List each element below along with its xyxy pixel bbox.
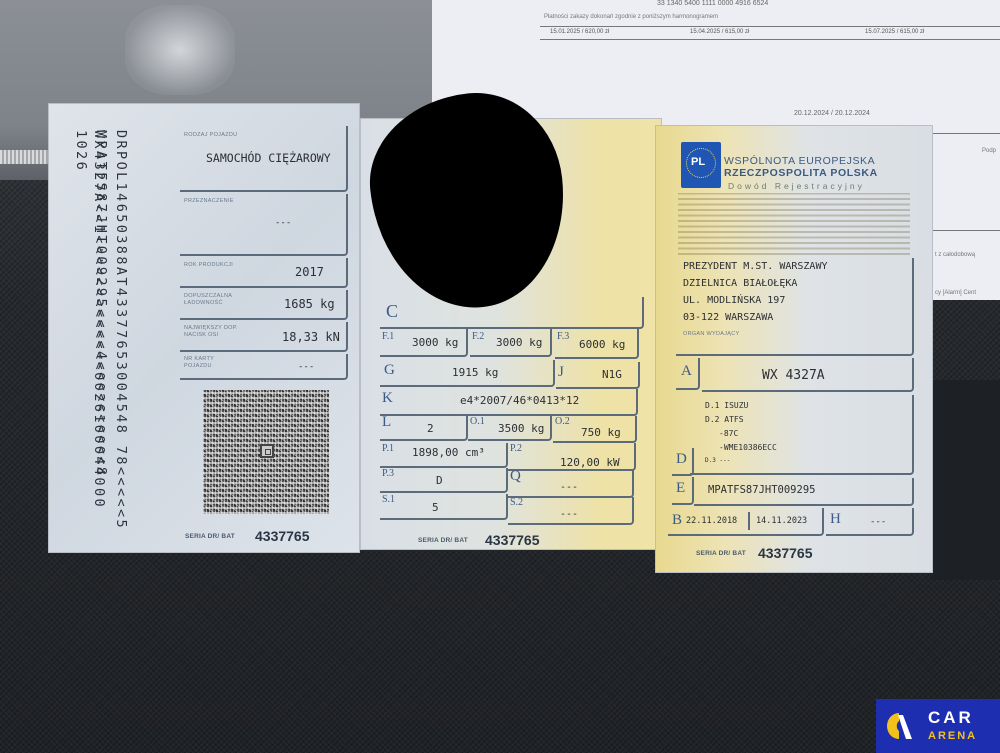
field-payload: Dopuszczalna ładowność 1685 kg — [180, 290, 348, 320]
field-d-letter: D — [672, 448, 694, 476]
qr-code — [203, 390, 329, 514]
seria-number-3: 4337765 — [758, 545, 813, 561]
mrz-line-1: DRPOL14650388AT43377653004548 78<<<<<5 — [112, 130, 130, 530]
field-b: B 22.11.2018 14.11.2023 — [668, 508, 824, 536]
field-d: D.1 ISUZU D.2 ATFS -87C -WME10386ECC D.3… — [690, 395, 914, 475]
account-number: 33 1340 5400 1111 0000 4916 6524 — [657, 0, 768, 7]
field-f2: F.2 3000 kg — [470, 329, 552, 357]
sleeve-glare — [125, 5, 235, 95]
field-o2: O.2 750 kg — [553, 416, 637, 443]
payload-value: 1685 kg — [284, 297, 335, 311]
installment-3: 15.07.2025 / 615,00 zł — [865, 29, 924, 35]
dark-gap — [930, 380, 1000, 580]
date-range: 20.12.2024 / 20.12.2024 — [794, 110, 870, 117]
header-line-1: WSPÓLNOTA EUROPEJSKA — [724, 155, 875, 167]
edge-text-1: Podp — [982, 148, 996, 154]
car-arena-logo: CAR ARENA — [876, 699, 1000, 753]
multilingual-text-band — [678, 193, 910, 255]
axle-load-value: 18,33 kN — [282, 330, 340, 344]
field-o1: O.1 3500 kg — [468, 416, 552, 441]
field-f3: F.3 6000 kg — [555, 329, 639, 359]
car-arena-mark-icon — [886, 711, 912, 741]
header-line-3: Dowód Rejestracyjny — [728, 181, 865, 191]
logo-text-car: CAR — [928, 708, 974, 728]
field-h: H --- — [826, 508, 914, 536]
issue-date: 14.11.2023 — [756, 516, 807, 526]
field-k: K e4*2007/46*0413*12 — [380, 389, 638, 416]
edge-text-2: t z całodobową — [935, 252, 975, 258]
vin-value: MPATFS87JHT009295 — [708, 484, 815, 496]
logo-text-arena: ARENA — [928, 730, 977, 742]
field-vehicle-card: Nr karty pojazdu --- — [180, 354, 348, 380]
field-p3: P.3 D — [380, 468, 508, 493]
seria-label-3: SERIA DR/ BAT — [696, 550, 746, 557]
field-purpose: Przeznaczenie --- — [180, 194, 348, 256]
seria-label-2: SERIA DR/ BAT — [418, 537, 468, 544]
field-e-letter: E — [672, 477, 694, 505]
field-production-year: Rok produkcji 2017 — [180, 258, 348, 288]
field-e: MPATFS87JHT009295 — [694, 478, 914, 506]
schedule-caption: Płatności zakazy dokonań zgodnie z poniż… — [544, 14, 718, 20]
field-p1: P.1 1898,00 cm³ — [380, 443, 508, 468]
field-l: L 2 — [380, 416, 468, 441]
vehicle-type-value: SAMOCHÓD CIĘŻAROWY — [206, 151, 331, 165]
installment-1: 15.01.2025 / 620,00 zł — [550, 29, 609, 35]
field-g: G 1915 kg — [380, 360, 555, 387]
installment-2: 15.04.2025 / 615,00 zł — [690, 29, 749, 35]
field-j: J N1G — [556, 362, 640, 389]
field-s2: S.2 --- — [508, 497, 634, 525]
mrz-zone: DRPOL14650388AT43377653004548 78<<<<<5 M… — [72, 130, 132, 540]
field-a-letter: A — [676, 358, 700, 390]
mrz-line-3: WX4327A<<1<<<<<<<<<<<<<0026100044000 102… — [72, 130, 108, 540]
field-axle-load: Największy dop. nacisk osi 18,33 kN — [180, 322, 348, 352]
sleeve-zipper — [0, 150, 50, 164]
eu-flag-icon: PL — [681, 142, 721, 188]
registration-number: WX 4327A — [762, 368, 825, 383]
field-vehicle-type: Rodzaj pojazdu SAMOCHÓD CIĘŻAROWY — [180, 126, 348, 192]
field-issuer: PREZYDENT M.ST. WARSZAWY DZIELNICA BIAŁO… — [676, 258, 914, 356]
edge-text-3: cy [Alarm] Cent — [935, 290, 976, 296]
field-f1: F.1 3000 kg — [380, 329, 468, 357]
field-c: C — [380, 297, 644, 329]
seria-number-1: 4337765 — [255, 528, 310, 544]
production-year-value: 2017 — [295, 265, 324, 279]
qr-finder — [260, 444, 274, 458]
header-line-2: RZECZPOSPOLITA POLSKA — [724, 167, 878, 179]
field-s1: S.1 5 — [380, 494, 508, 520]
field-q: Q --- — [508, 470, 634, 498]
seria-number-2: 4337765 — [485, 532, 540, 548]
field-p2: P.2 120,00 kW — [508, 443, 636, 471]
seria-label-1: SERIA DR/ BAT — [185, 533, 235, 540]
field-a: WX 4327A — [702, 358, 914, 392]
